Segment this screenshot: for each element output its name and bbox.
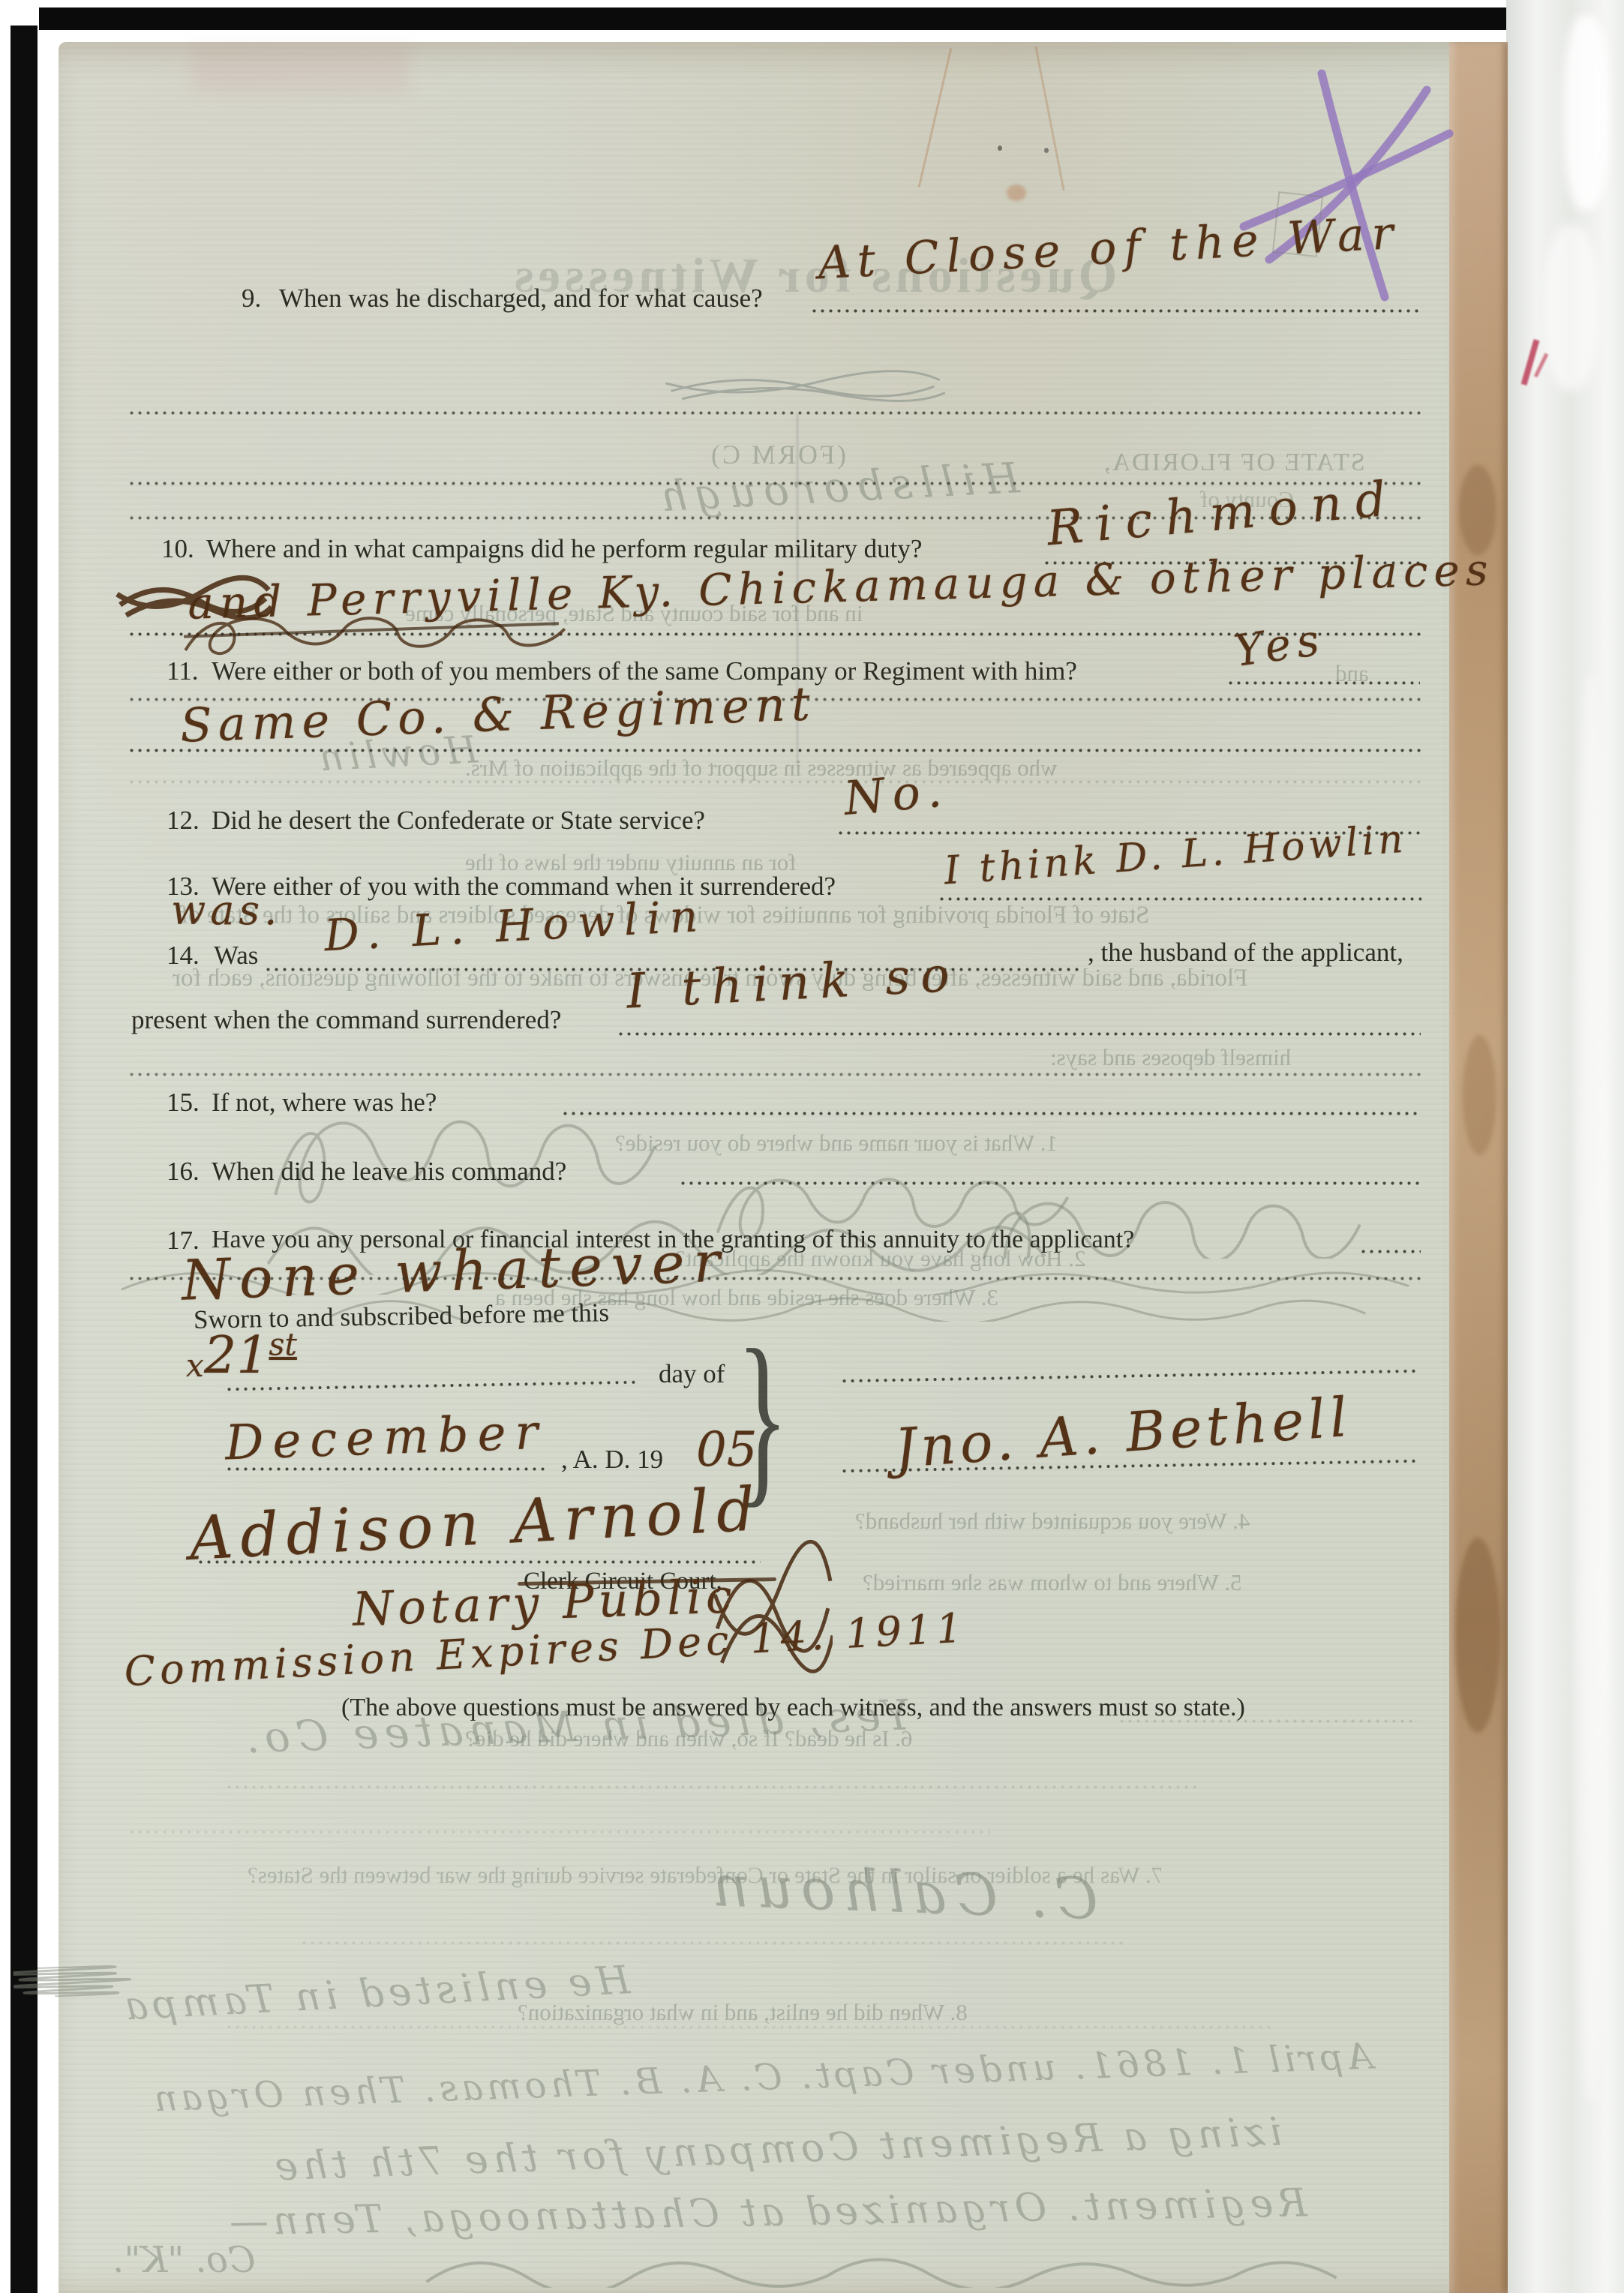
pink-smudge bbox=[191, 44, 409, 93]
dotted-answer-line bbox=[128, 749, 1421, 752]
bleedthrough-dotted-line bbox=[225, 1785, 1200, 1789]
question-16-text: When did he leave his command? bbox=[212, 1157, 566, 1187]
sleeve-glare bbox=[1575, 675, 1605, 2100]
ink-speck bbox=[1044, 148, 1049, 153]
answer-13-line2: was. bbox=[171, 887, 281, 934]
bleedthrough-q1: 1. What is your name and where do you re… bbox=[615, 1130, 1058, 1157]
bleedthrough-scribble bbox=[420, 2244, 1343, 2288]
purple-asterisk-mark bbox=[1230, 60, 1470, 308]
bleedthrough-dotted-line bbox=[128, 780, 1421, 784]
jurat-day-number: 21 bbox=[204, 1326, 269, 1385]
dotted-blank-line bbox=[128, 1073, 1421, 1076]
bleedthrough-dotted-line bbox=[300, 1941, 1125, 1945]
edge-stain bbox=[1463, 1035, 1496, 1155]
bleedthrough-q4: 4. Were you acquainted with her husband? bbox=[855, 1508, 1250, 1535]
edge-stain bbox=[1459, 465, 1496, 555]
bleedthrough-dotted-line bbox=[1118, 1719, 1418, 1723]
dotted-month-line bbox=[225, 1467, 549, 1471]
dotted-answer-line bbox=[128, 1277, 1421, 1280]
answer-12: No. bbox=[842, 762, 951, 826]
stain-dot bbox=[1007, 185, 1026, 201]
dotted-officer-line bbox=[197, 1560, 761, 1564]
question-14-number: 14. bbox=[167, 941, 200, 971]
scan-border-top bbox=[39, 8, 1583, 30]
question-15-text: If not, where was he? bbox=[212, 1088, 437, 1118]
edge-stain bbox=[1455, 1538, 1500, 1733]
footnote: (The above questions must be answered by… bbox=[341, 1694, 1245, 1722]
jurat-day-value: 21st bbox=[204, 1326, 297, 1385]
sleeve-glare bbox=[1545, 225, 1598, 390]
bleedthrough-q5: 5. Where and to whom was she married? bbox=[863, 1569, 1242, 1596]
question-10-text: Where and in what campaigns did he perfo… bbox=[206, 534, 922, 564]
dotted-answer-line bbox=[617, 1032, 1421, 1036]
dotted-answer-line bbox=[810, 309, 1421, 313]
jurat-day-of-label: day of bbox=[659, 1359, 725, 1389]
paper-stained-edge bbox=[1449, 42, 1508, 2293]
question-12-text: Did he desert the Confederate or State s… bbox=[212, 806, 705, 836]
dotted-blank-line bbox=[128, 482, 1421, 485]
dotted-answer-line bbox=[938, 897, 1421, 901]
dotted-answer-line bbox=[679, 1181, 1420, 1185]
question-14-text-suffix: , the husband of the applicant, bbox=[1088, 938, 1403, 968]
jurat-ad-label: , A. D. 19 bbox=[561, 1445, 663, 1475]
question-10-number: 10. bbox=[161, 534, 194, 564]
dotted-answer-line bbox=[561, 1112, 1420, 1115]
dotted-answer-line bbox=[1359, 1250, 1421, 1253]
sleeve-glare bbox=[1564, 15, 1609, 210]
bleedthrough-signature-calhoun: C. Calhoun bbox=[704, 1852, 1100, 1932]
scanned-document-page: Questions for Witnesses (FORM C) STATE O… bbox=[0, 0, 1624, 2293]
jurat-month-value: December bbox=[224, 1405, 548, 1472]
question-16-number: 16. bbox=[167, 1157, 200, 1187]
scan-border-left bbox=[11, 26, 38, 2293]
bleedthrough-scribble bbox=[13, 1962, 194, 1998]
ink-speck bbox=[998, 146, 1002, 151]
bleedthrough-dotted-line bbox=[128, 1830, 990, 1834]
question-11-number: 11. bbox=[167, 656, 198, 686]
jurat-year-value: 05 bbox=[696, 1422, 757, 1478]
pencil-scribble bbox=[660, 368, 945, 402]
question-14-text-was: Was bbox=[214, 941, 258, 971]
bleedthrough-line: who appeared as witnesses in support of … bbox=[465, 755, 1057, 782]
question-9-text: When was he discharged, and for what cau… bbox=[279, 284, 763, 314]
question-12-number: 12. bbox=[167, 806, 200, 836]
jurat-day-suffix: st bbox=[269, 1326, 297, 1362]
bleedthrough-state: STATE OF FLORIDA, bbox=[1103, 449, 1365, 477]
jurat-x-mark: x bbox=[186, 1347, 204, 1384]
question-14-text-line2: present when the command surrendered? bbox=[131, 1005, 561, 1035]
bleedthrough-a8: Co. "K". bbox=[113, 2239, 256, 2281]
bleedthrough-dotted-line bbox=[225, 2025, 1275, 2029]
question-15-number: 15. bbox=[167, 1088, 200, 1118]
question-9-number: 9. bbox=[242, 284, 261, 314]
question-13-text: Were either of you with the command when… bbox=[212, 872, 836, 902]
bleedthrough-line: himself deposes and says: bbox=[1050, 1044, 1291, 1071]
dotted-blank-line bbox=[128, 411, 1421, 415]
dotted-answer-line bbox=[1226, 681, 1420, 685]
